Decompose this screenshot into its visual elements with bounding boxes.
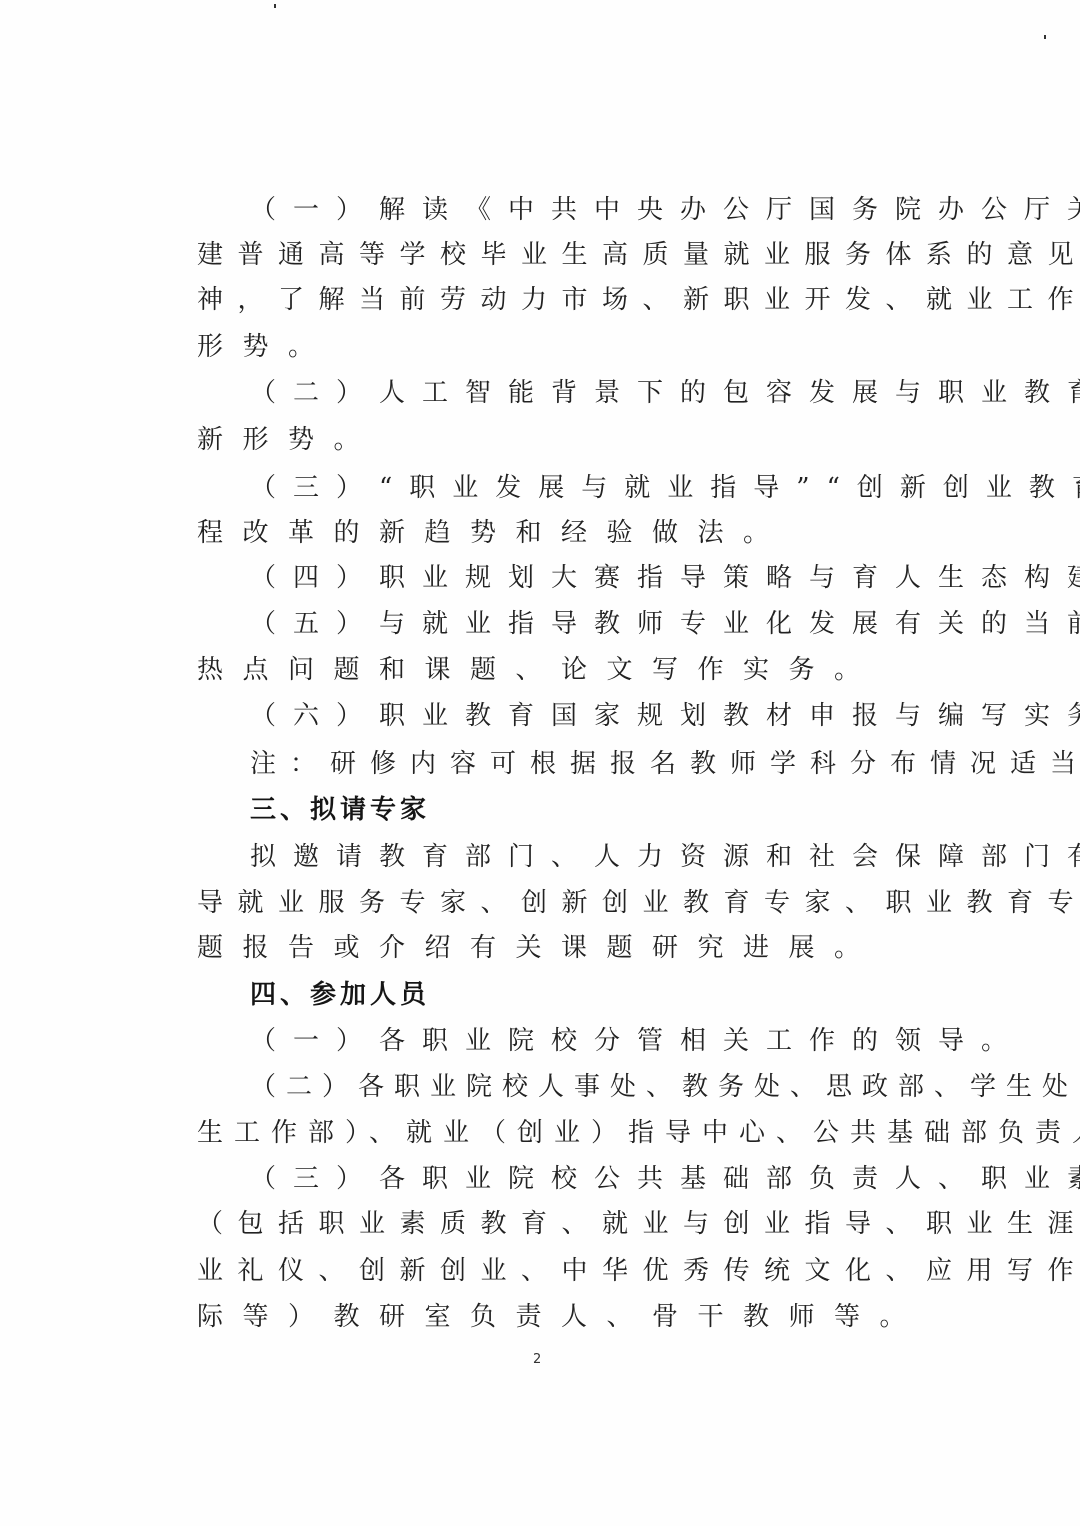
experts-line-3: 题报告或介绍有关课题研究进展。 xyxy=(197,925,887,971)
section-heading-participants: 四、参加人员 xyxy=(250,972,940,1018)
participants-item-3-line-3: 业礼仪、创新创业、中华优秀传统文化、应用写作、口语交 xyxy=(197,1248,887,1294)
experts-line-2: 导就业服务专家、创新创业教育专家、职业教育专家等做主 xyxy=(197,880,887,926)
participants-item-3-line-1: （三）各职业院校公共基础部负责人、职业素质类课程 xyxy=(250,1156,940,1202)
item-2-line-1: （二）人工智能背景下的包容发展与职业教育就业创业 xyxy=(250,370,940,416)
scan-speck xyxy=(274,4,276,8)
scan-speck xyxy=(1044,35,1046,39)
experts-line-1: 拟邀请教育部门、人力资源和社会保障部门有关职业指 xyxy=(250,834,940,880)
item-5-line-1: （五）与就业指导教师专业化发展有关的当前职业教育 xyxy=(250,601,940,647)
participants-item-3-line-4: 际等）教研室负责人、骨干教师等。 xyxy=(197,1294,887,1340)
item-1-line-2: 建普通高等学校毕业生高质量就业服务体系的意见》文件精 xyxy=(197,232,887,278)
item-1-line-3: 神，了解当前劳动力市场、新职业开发、就业工作面临的新 xyxy=(197,277,887,323)
item-1-line-4: 形势。 xyxy=(197,324,887,370)
item-3-line-2: 程改革的新趋势和经验做法。 xyxy=(197,510,887,556)
section-heading-experts: 三、拟请专家 xyxy=(250,787,940,833)
document-page: （一）解读《中共中央办公厅国务院办公厅关于强快构 建普通高等学校毕业生高质量就业… xyxy=(0,0,1080,1526)
page-number: 2 xyxy=(533,1352,541,1367)
participants-item-3-line-2: （包括职业素质教育、就业与创业指导、职业生涯规划、职 xyxy=(197,1201,887,1247)
participants-item-1: （一）各职业院校分管相关工作的领导。 xyxy=(250,1018,940,1064)
item-1-line-1: （一）解读《中共中央办公厅国务院办公厅关于强快构 xyxy=(250,187,940,233)
participants-item-2-line-2: 生工作部）、就业（创业）指导中心、公共基础部负责人等。 xyxy=(197,1110,887,1156)
item-4-line-1: （四）职业规划大赛指导策略与育人生态构建。 xyxy=(250,555,940,601)
note-line: 注：研修内容可根据报名教师学科分布情况适当调整。 xyxy=(250,741,940,787)
item-2-line-2: 新形势。 xyxy=(197,417,887,463)
item-5-line-2: 热点问题和课题、论文写作实务。 xyxy=(197,647,887,693)
participants-item-2-line-1: （二）各职业院校人事处、教务处、思政部、学生处（学 xyxy=(250,1064,940,1110)
item-3-line-1: （三）“职业发展与就业指导”“创新创业教育”等课 xyxy=(250,465,940,511)
item-6-line-1: （六）职业教育国家规划教材申报与编写实务。 xyxy=(250,693,940,739)
